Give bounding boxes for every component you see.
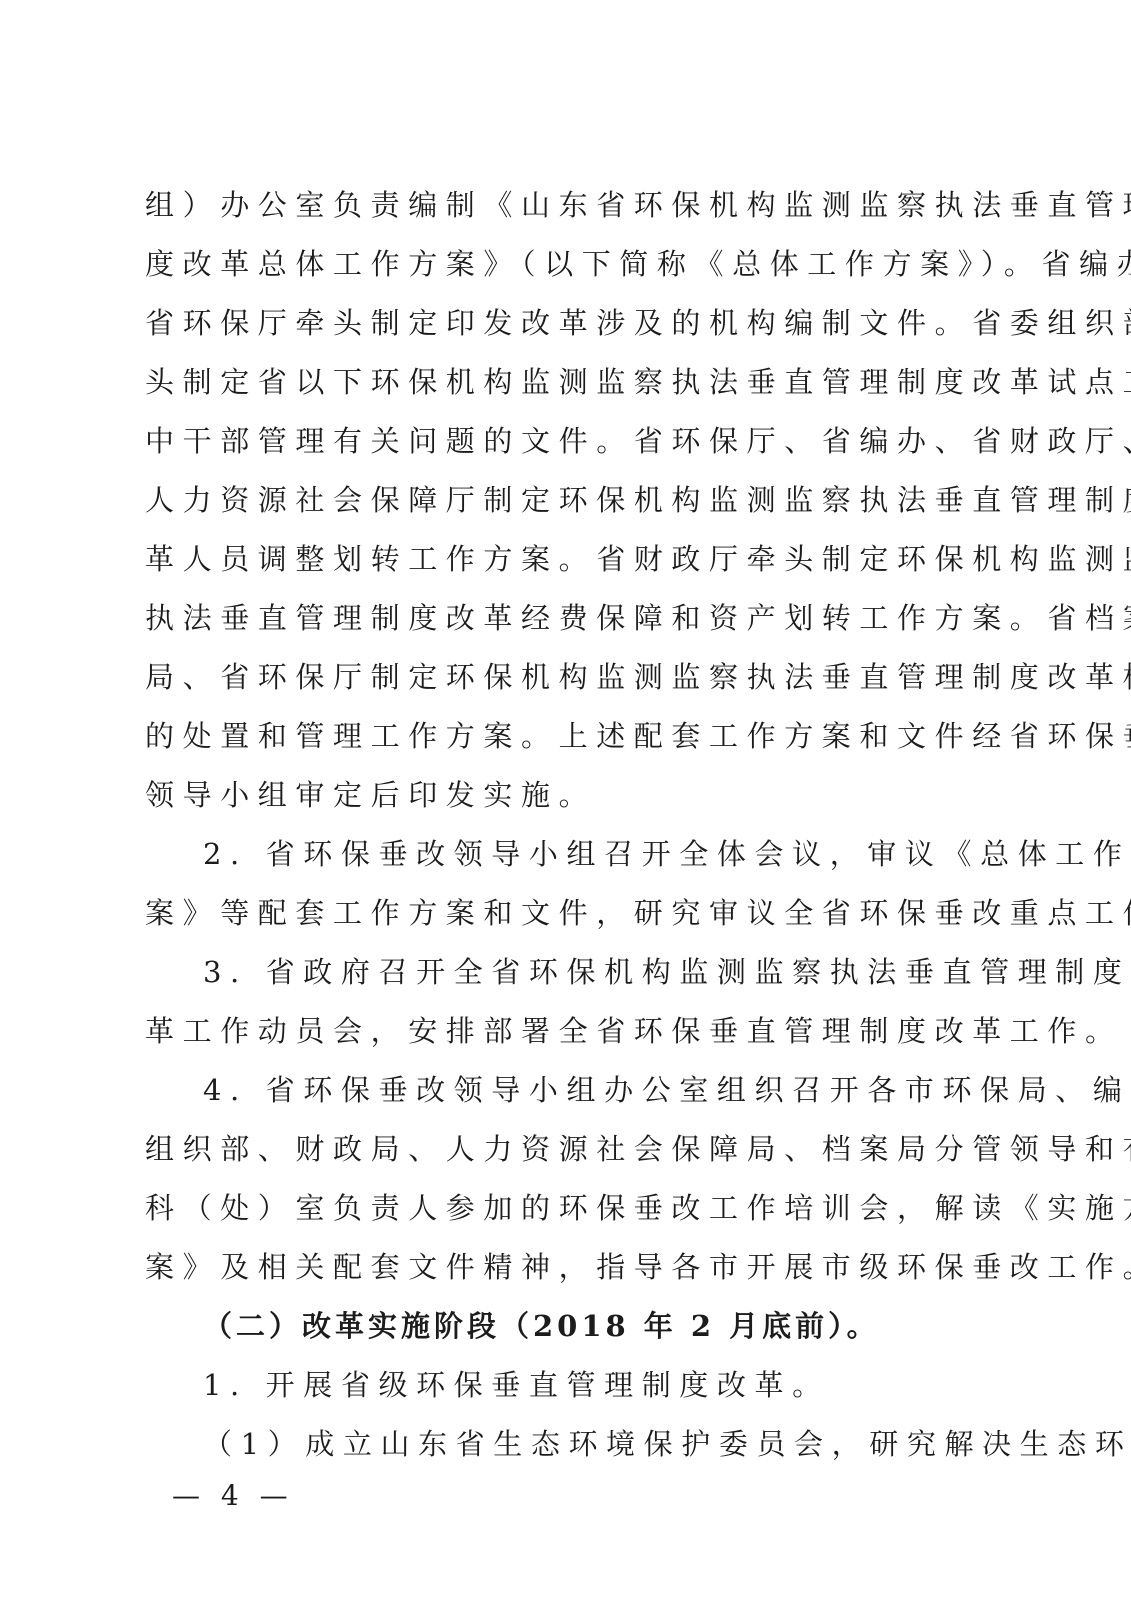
body-text-line: 省环保厅牵头制定印发改革涉及的机构编制文件。省委组织部牵 xyxy=(145,303,965,343)
body-text-line: 人力资源社会保障厅制定环保机构监测监察执法垂直管理制度改 xyxy=(145,480,965,520)
body-text-line: 领导小组审定后印发实施。 xyxy=(145,775,965,815)
page-number: — 4 — xyxy=(172,1478,294,1514)
body-text-line: 头制定省以下环保机构监测监察执法垂直管理制度改革试点工作 xyxy=(145,362,965,402)
body-text-line: 执法垂直管理制度改革经费保障和资产划转工作方案。省档案 xyxy=(145,598,965,638)
body-text-line: 科（处）室负责人参加的环保垂改工作培训会，解读《实施方 xyxy=(145,1188,965,1228)
body-text-line: 案》及相关配套文件精神，指导各市开展市级环保垂改工作。 xyxy=(145,1247,965,1287)
body-text-line: 局、省环保厅制定环保机构监测监察执法垂直管理制度改革档案 xyxy=(145,657,965,697)
list-item-2-text: 2. 省环保垂改领导小组召开全体会议，审议《总体工作方 xyxy=(203,834,965,874)
body-text-line: 案》等配套工作方案和文件，研究审议全省环保垂改重点工作。 xyxy=(145,893,965,933)
section-heading: （二）改革实施阶段（2018 年 2 月底前）。 xyxy=(203,1306,965,1346)
subsection-item-1-text: 1. 开展省级环保垂直管理制度改革。 xyxy=(203,1365,965,1405)
body-text-line: 的处置和管理工作方案。上述配套工作方案和文件经省环保垂改 xyxy=(145,716,965,756)
list-item-3-text: 3. 省政府召开全省环保机构监测监察执法垂直管理制度改 xyxy=(203,952,965,992)
body-text-line: 中干部管理有关问题的文件。省环保厅、省编办、省财政厅、省 xyxy=(145,421,965,461)
sub-item-1-text: （1）成立山东省生态环境保护委员会，研究解决生态环境保 xyxy=(203,1424,965,1464)
body-text-line: 度改革总体工作方案》（以下简称《总体工作方案》）。省编办、 xyxy=(145,244,965,284)
body-text-line: 组织部、财政局、人力资源社会保障局、档案局分管领导和有关 xyxy=(145,1129,965,1169)
document-page: 组）办公室负责编制《山东省环保机构监测监察执法垂直管理制 度改革总体工作方案》（… xyxy=(0,0,1131,1600)
body-text-line: 革工作动员会，安排部署全省环保垂直管理制度改革工作。 xyxy=(145,1011,965,1051)
body-text-line: 组）办公室负责编制《山东省环保机构监测监察执法垂直管理制 xyxy=(145,185,965,225)
list-item-4-text: 4. 省环保垂改领导小组办公室组织召开各市环保局、编办、 xyxy=(203,1070,965,1110)
body-text-line: 革人员调整划转工作方案。省财政厅牵头制定环保机构监测监察 xyxy=(145,539,965,579)
